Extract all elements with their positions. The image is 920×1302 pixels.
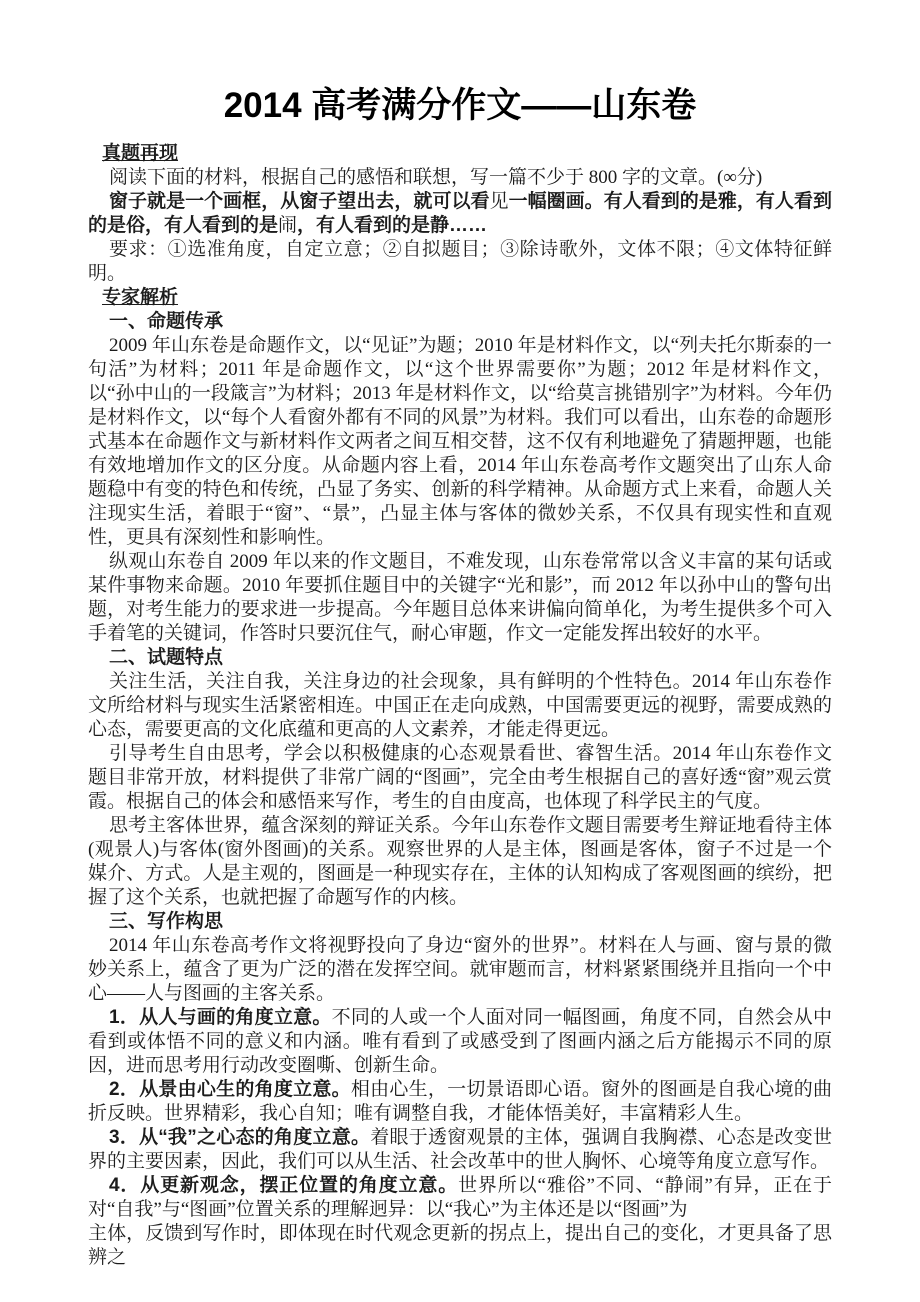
document-title: 2014 高考满分作文——山东卷 bbox=[88, 84, 832, 128]
section2-paragraph-3: 思考主客体世界，蕴含深刻的辩证关系。今年山东卷作文题目需要考生辩证地看待主体(观… bbox=[88, 814, 832, 910]
document-content: 2014 高考满分作文——山东卷 真题再现 阅读下面的材料，根据自己的感悟和联想… bbox=[88, 84, 832, 1270]
subsection-heading-3: 三、写作构思 bbox=[88, 910, 832, 934]
section1-paragraph-2: 纵观山东卷自 2009 年以来的作文题目，不难发现，山东卷常常以含义丰富的某句话… bbox=[88, 550, 832, 646]
requirements-paragraph: 要求：①选准角度，自定立意；②自拟题目；③除诗歌外，文体不限；④文体特征鲜明。 bbox=[88, 238, 832, 286]
subsection-heading-2: 二、试题特点 bbox=[88, 646, 832, 670]
analysis-item-1-lead: 1．从人与画的角度立意。 bbox=[109, 1007, 332, 1028]
analysis-item-1: 1．从人与画的角度立意。不同的人或一个人面对同一幅图画，角度不同，自然会从中看到… bbox=[88, 1006, 832, 1078]
material-seg4: 闹 bbox=[278, 215, 297, 236]
section-heading-expert-analysis: 专家解析 bbox=[102, 286, 832, 310]
material-paragraph: 窗子就是一个画框，从窗子望出去，就可以看见一幅圈画。有人看到的是雅，有人看到的是… bbox=[88, 190, 832, 238]
document-page: 2014 高考满分作文——山东卷 真题再现 阅读下面的材料，根据自己的感悟和联想… bbox=[0, 0, 920, 1302]
material-seg2: 见 bbox=[490, 191, 509, 212]
analysis-item-2-lead: 2．从景由心生的角度立意。 bbox=[109, 1079, 351, 1100]
prompt-paragraph: 阅读下面的材料，根据自己的感悟和联想，写一篇不少于 800 字的文章。(∞分) bbox=[88, 166, 832, 190]
analysis-item-3: 3．从“我”之心态的角度立意。着眼于透窗观景的主体，强调自我胸襟、心态是改变世界… bbox=[88, 1126, 832, 1174]
section3-paragraph-1: 2014 年山东卷高考作文将视野投向了身边“窗外的世界”。材料在人与画、窗与景的… bbox=[88, 934, 832, 1006]
analysis-item-2: 2．从景由心生的角度立意。相由心生，一切景语即心语。窗外的图画是自我心境的曲折反… bbox=[88, 1078, 832, 1126]
analysis-item-3-lead: 3．从“我”之心态的角度立意。 bbox=[109, 1127, 370, 1148]
material-seg5: ，有人看到的是静…… bbox=[297, 215, 487, 236]
section2-paragraph-2: 引导考生自由思考，学会以积极健康的心态观景看世、睿智生活。2014 年山东卷作文… bbox=[88, 742, 832, 814]
material-seg1: 窗子就是一个画框，从窗子望出去，就可以看 bbox=[109, 191, 490, 212]
section2-paragraph-1: 关注生活，关注自我，关注身边的社会现象，具有鲜明的个性特色。2014 年山东卷作… bbox=[88, 670, 832, 742]
analysis-item-4-lead: 4．从更新观念，摆正位置的角度立意。 bbox=[109, 1175, 458, 1196]
section-heading-exam-recap: 真题再现 bbox=[102, 142, 832, 166]
section1-paragraph-1: 2009 年山东卷是命题作文，以“见证”为题；2010 年是材料作文，以“列夫托… bbox=[88, 334, 832, 550]
analysis-item-4: 4．从更新观念，摆正位置的角度立意。世界所以“雅俗”不同、“静闹”有异，正在于对… bbox=[88, 1174, 832, 1270]
analysis-item-4-text-part2: 主体，反馈到写作时，即体现在时代观念更新的拐点上，提出自己的变化，才更具备了思辨… bbox=[88, 1223, 832, 1268]
subsection-heading-1: 一、命题传承 bbox=[88, 310, 832, 334]
